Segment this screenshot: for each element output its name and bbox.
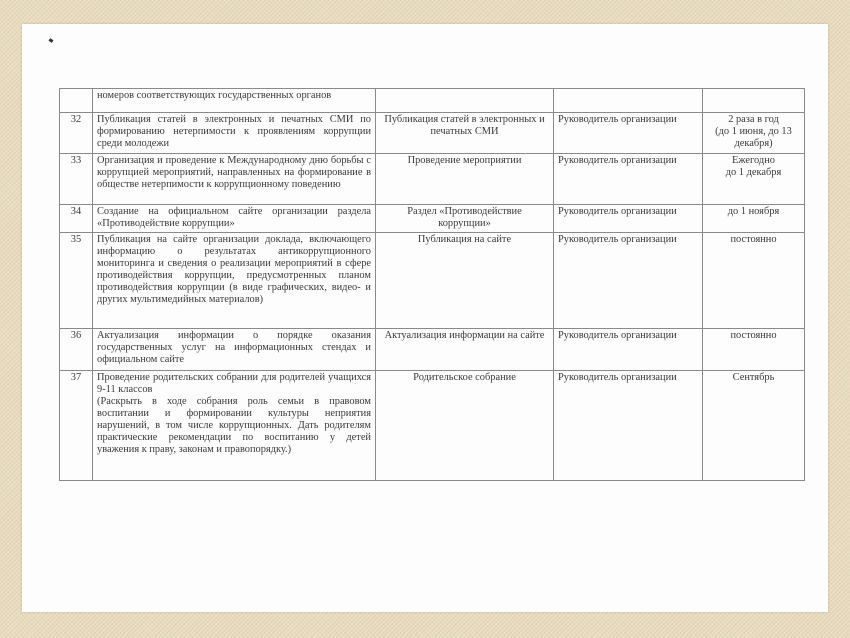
cell-deadline: Ежегодно до 1 декабря	[703, 154, 805, 205]
cell-responsible: Руководитель организации	[554, 205, 703, 233]
cell-result: Публикация на сайте	[376, 233, 554, 329]
cell-deadline: Сентябрь	[703, 371, 805, 481]
table-row-continuation: номеров соответствующих государственных …	[60, 89, 805, 113]
cell-result: Проведение мероприятии	[376, 154, 554, 205]
cell-num	[60, 89, 93, 113]
cell-deadline: постоянно	[703, 329, 805, 371]
cell-deadline: 2 раза в год (до 1 июня, до 13 декабря)	[703, 113, 805, 154]
cell-deadline	[703, 89, 805, 113]
table-row: 33 Организация и проведение к Международ…	[60, 154, 805, 205]
cell-activity: Организация и проведение к Международном…	[93, 154, 376, 205]
cell-result: Раздел «Противодействие коррупции»	[376, 205, 554, 233]
cell-num: 36	[60, 329, 93, 371]
cell-activity: Публикация статей в электронных и печатн…	[93, 113, 376, 154]
cell-responsible: Руководитель организации	[554, 371, 703, 481]
cell-result: Актуализация информации на сайте	[376, 329, 554, 371]
anticorruption-plan-table: номеров соответствующих государственных …	[59, 88, 805, 481]
deadline-line: постоянно	[707, 330, 800, 342]
cell-num: 37	[60, 371, 93, 481]
cell-activity: Актуализация информации о порядке оказан…	[93, 329, 376, 371]
cell-responsible: Руководитель организации	[554, 113, 703, 154]
deadline-line: (до 1 июня, до 13 декабря)	[707, 126, 800, 150]
deadline-line: до 1 ноября	[707, 206, 800, 218]
cell-responsible: Руководитель организации	[554, 233, 703, 329]
table-row: 34 Создание на официальном сайте организ…	[60, 205, 805, 233]
cell-responsible	[554, 89, 703, 113]
cell-activity: Проведение родительских собрании для род…	[93, 371, 376, 481]
cell-responsible: Руководитель организации	[554, 154, 703, 205]
cell-responsible: Руководитель организации	[554, 329, 703, 371]
activity-note: (Раскрыть в ходе собрания роль семьи в п…	[97, 396, 371, 456]
table-row: 35 Публикация на сайте организации докла…	[60, 233, 805, 329]
cell-deadline: до 1 ноября	[703, 205, 805, 233]
deadline-line: Сентябрь	[707, 372, 800, 384]
table-row: 32 Публикация статей в электронных и печ…	[60, 113, 805, 154]
scanned-page: номеров соответствующих государственных …	[22, 24, 828, 612]
cell-activity: номеров соответствующих государственных …	[93, 89, 376, 113]
table-row: 37 Проведение родительских собрании для …	[60, 371, 805, 481]
deadline-line: до 1 декабря	[707, 167, 800, 179]
cell-num: 33	[60, 154, 93, 205]
deadline-line: постоянно	[707, 234, 800, 246]
cell-num: 35	[60, 233, 93, 329]
deadline-line: Ежегодно	[707, 155, 800, 167]
ink-speck	[49, 38, 54, 43]
cell-activity: Создание на официальном сайте организаци…	[93, 205, 376, 233]
table-row: 36 Актуализация информации о порядке ока…	[60, 329, 805, 371]
cell-deadline: постоянно	[703, 233, 805, 329]
deadline-line: 2 раза в год	[707, 114, 800, 126]
cell-num: 32	[60, 113, 93, 154]
cell-activity: Публикация на сайте организации доклада,…	[93, 233, 376, 329]
cell-result: Родительское собрание	[376, 371, 554, 481]
cell-num: 34	[60, 205, 93, 233]
cell-result	[376, 89, 554, 113]
cell-result: Публикация статей в электронных и печатн…	[376, 113, 554, 154]
activity-text: Проведение родительских собрании для род…	[97, 372, 371, 396]
